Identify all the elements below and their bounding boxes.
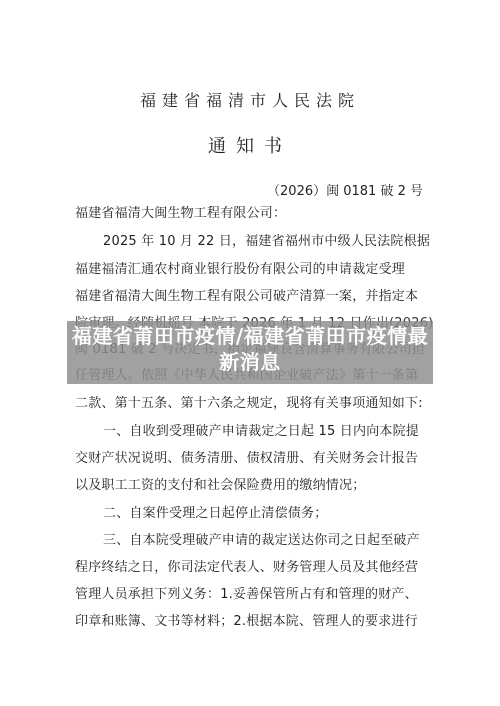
body-line: 二、自案件受理之日起停止清偿债务； <box>103 505 430 523</box>
body-line: 2025 年 10 月 22 日，福建省福州市中级人民法院根据 <box>103 233 430 251</box>
body-line: 交财产状况说明、债务清册、债权清册、有关财务会计报告 <box>75 450 430 468</box>
case-number: （2026）闽 0181 破 2 号 <box>267 180 423 199</box>
body-line: 福建福清汇通农村商业银行股份有限公司的申请裁定受理 <box>75 261 430 279</box>
body-line: 三、自本院受理破产申请的裁定送达你司之日起至破产 <box>103 532 430 550</box>
body-line: 管理人员承担下列义务：1.妥善保管所占有和管理的财产、 <box>75 586 430 604</box>
addressee: 福建省福清大闽生物工程有限公司： <box>75 205 430 223</box>
body-line: 二款、第十五条、第十六条之规定，现将有关事项通知如下: <box>75 395 430 413</box>
body-line: 印章和账簿、文书等材料；2.根据本院、管理人的要求进行 <box>75 613 430 631</box>
overlay-banner-title: 福建省莆田市疫情/福建省莆田市疫情最新消息 <box>67 323 433 375</box>
document-title: 通知书 <box>0 132 500 158</box>
document-page: 福建省福清市人民法院 通知书 （2026）闽 0181 破 2 号 福建省福清大… <box>0 0 500 706</box>
body-line: 福建省福清大闽生物工程有限公司破产清算一案，并指定本 <box>75 288 430 306</box>
body-line: 程序终结之日，你司法定代表人、财务管理人员及其他经营 <box>75 559 430 577</box>
court-name-heading: 福建省福清市人民法院 <box>0 88 500 111</box>
body-line: 以及职工工资的支付和社会保险费用的缴纳情况； <box>75 477 430 495</box>
body-line: 一、自收到受理破产申请裁定之日起 15 日内向本院提 <box>103 423 430 441</box>
